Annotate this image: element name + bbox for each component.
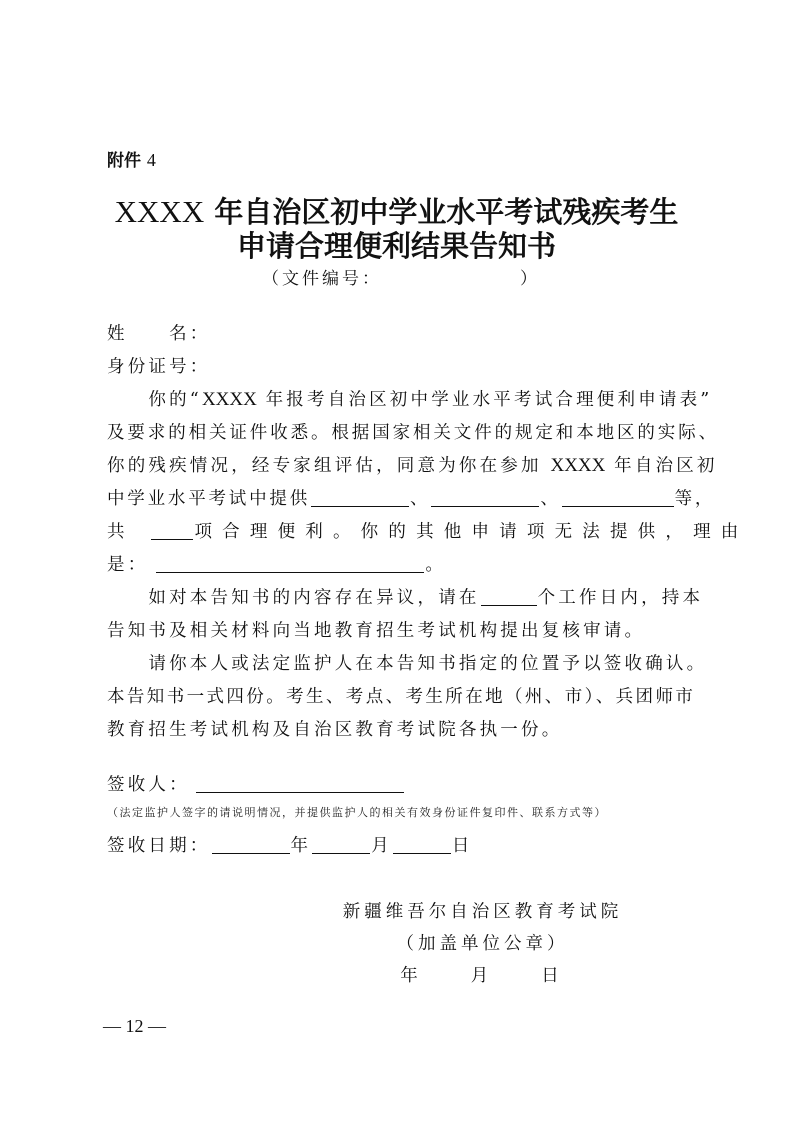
- separator: 、: [540, 489, 560, 509]
- page-number: — 12 —: [103, 1016, 166, 1037]
- attachment-text: 附件: [107, 151, 141, 171]
- signer-row: 签收人：: [107, 771, 405, 796]
- attachment-label: 附件 4: [107, 146, 156, 171]
- year-placeholder: XXXX: [202, 389, 257, 410]
- body-paragraph1-line6: 是：。: [107, 551, 446, 576]
- body-paragraph1-line5: 共 项合理便利。你的其他申请项无法提供，理由: [107, 518, 748, 543]
- month-label: 月: [371, 836, 392, 856]
- text: 年自治区初: [605, 456, 717, 476]
- sign-date-label: 签收日期：: [107, 836, 211, 856]
- body-paragraph3-line3: 教育招生考试机构及自治区教育考试院各执一份。: [107, 716, 562, 741]
- text: 中学业水平考试中提供: [107, 489, 310, 509]
- text: 是：: [107, 555, 148, 575]
- year-placeholder: XXXX: [550, 455, 605, 476]
- issuer-seal-note: （加盖单位公章）: [86, 930, 793, 955]
- id-number-field-label: 身份证号：: [107, 353, 211, 378]
- issuer-date: 年 月 日: [86, 962, 793, 987]
- signer-label: 签收人：: [107, 775, 190, 795]
- text: 项合理便利。你的其他申请项无法提供，理由: [194, 522, 748, 542]
- body-paragraph1-line2: 及要求的相关证件收悉。根据国家相关文件的规定和本地区的实际、: [107, 419, 719, 444]
- sign-year-blank[interactable]: [212, 837, 290, 854]
- body-paragraph3-line1: 请你本人或法定监护人在本告知书指定的位置予以签收确认。: [107, 650, 707, 675]
- doc-number-close: ）: [520, 264, 540, 289]
- separator: 、: [410, 489, 430, 509]
- body-paragraph1-line1: 你的“XXXX 年报考自治区初中学业水平考试合理便利申请表”: [107, 386, 712, 411]
- document-title-line2: 申请合理便利结果告知书: [0, 224, 793, 265]
- attachment-number: 4: [147, 150, 156, 170]
- working-days-blank[interactable]: [481, 589, 537, 606]
- text: 共: [107, 522, 150, 542]
- text: 。: [425, 555, 446, 575]
- body-paragraph1-line3: 你的残疾情况，经专家组评估，同意为你在参加 XXXX 年自治区初: [107, 452, 718, 477]
- text: 等，: [675, 489, 716, 509]
- accommodation-blank-3[interactable]: [562, 490, 674, 507]
- name-field-label: 姓 名：: [107, 320, 211, 345]
- reason-blank[interactable]: [156, 556, 424, 573]
- document-number: （文件编号： ）: [262, 264, 542, 289]
- sign-month-blank[interactable]: [312, 837, 370, 854]
- body-paragraph2-line1: 如对本告知书的内容存在异议，请在个工作日内，持本: [107, 584, 703, 609]
- body-paragraph1-line4: 中学业水平考试中提供、、等，: [107, 485, 715, 510]
- text: 如对本告知书的内容存在异议，请在: [107, 588, 480, 608]
- signer-blank[interactable]: [196, 776, 404, 793]
- day-label: 日: [452, 836, 473, 856]
- text: 你的“: [107, 390, 202, 410]
- doc-number-label: （文件编号：: [262, 269, 382, 289]
- sign-date-row: 签收日期：年月日: [107, 832, 473, 857]
- text: 个工作日内，持本: [538, 588, 704, 608]
- text: 年报考自治区初中学业水平考试合理便利申请表”: [257, 390, 713, 410]
- body-paragraph2-line2: 告知书及相关材料向当地教育招生考试机构提出复核审请。: [107, 617, 645, 642]
- accommodation-blank-2[interactable]: [431, 490, 539, 507]
- issuer-organization: 新疆维吾尔自治区教育考试院: [86, 898, 793, 923]
- body-paragraph3-line2: 本告知书一式四份。考生、考点、考生所在地（州、市）、兵团师市: [107, 683, 695, 708]
- year-label: 年: [291, 836, 312, 856]
- accommodation-count-blank[interactable]: [151, 523, 193, 540]
- sign-day-blank[interactable]: [393, 837, 451, 854]
- text: 你的残疾情况，经专家组评估，同意为你在参加: [107, 456, 550, 476]
- guardian-note: （法定监护人签字的请说明情况，并提供监护人的相关有效身份证件复印件、联系方式等）: [107, 804, 607, 820]
- accommodation-blank-1[interactable]: [311, 490, 409, 507]
